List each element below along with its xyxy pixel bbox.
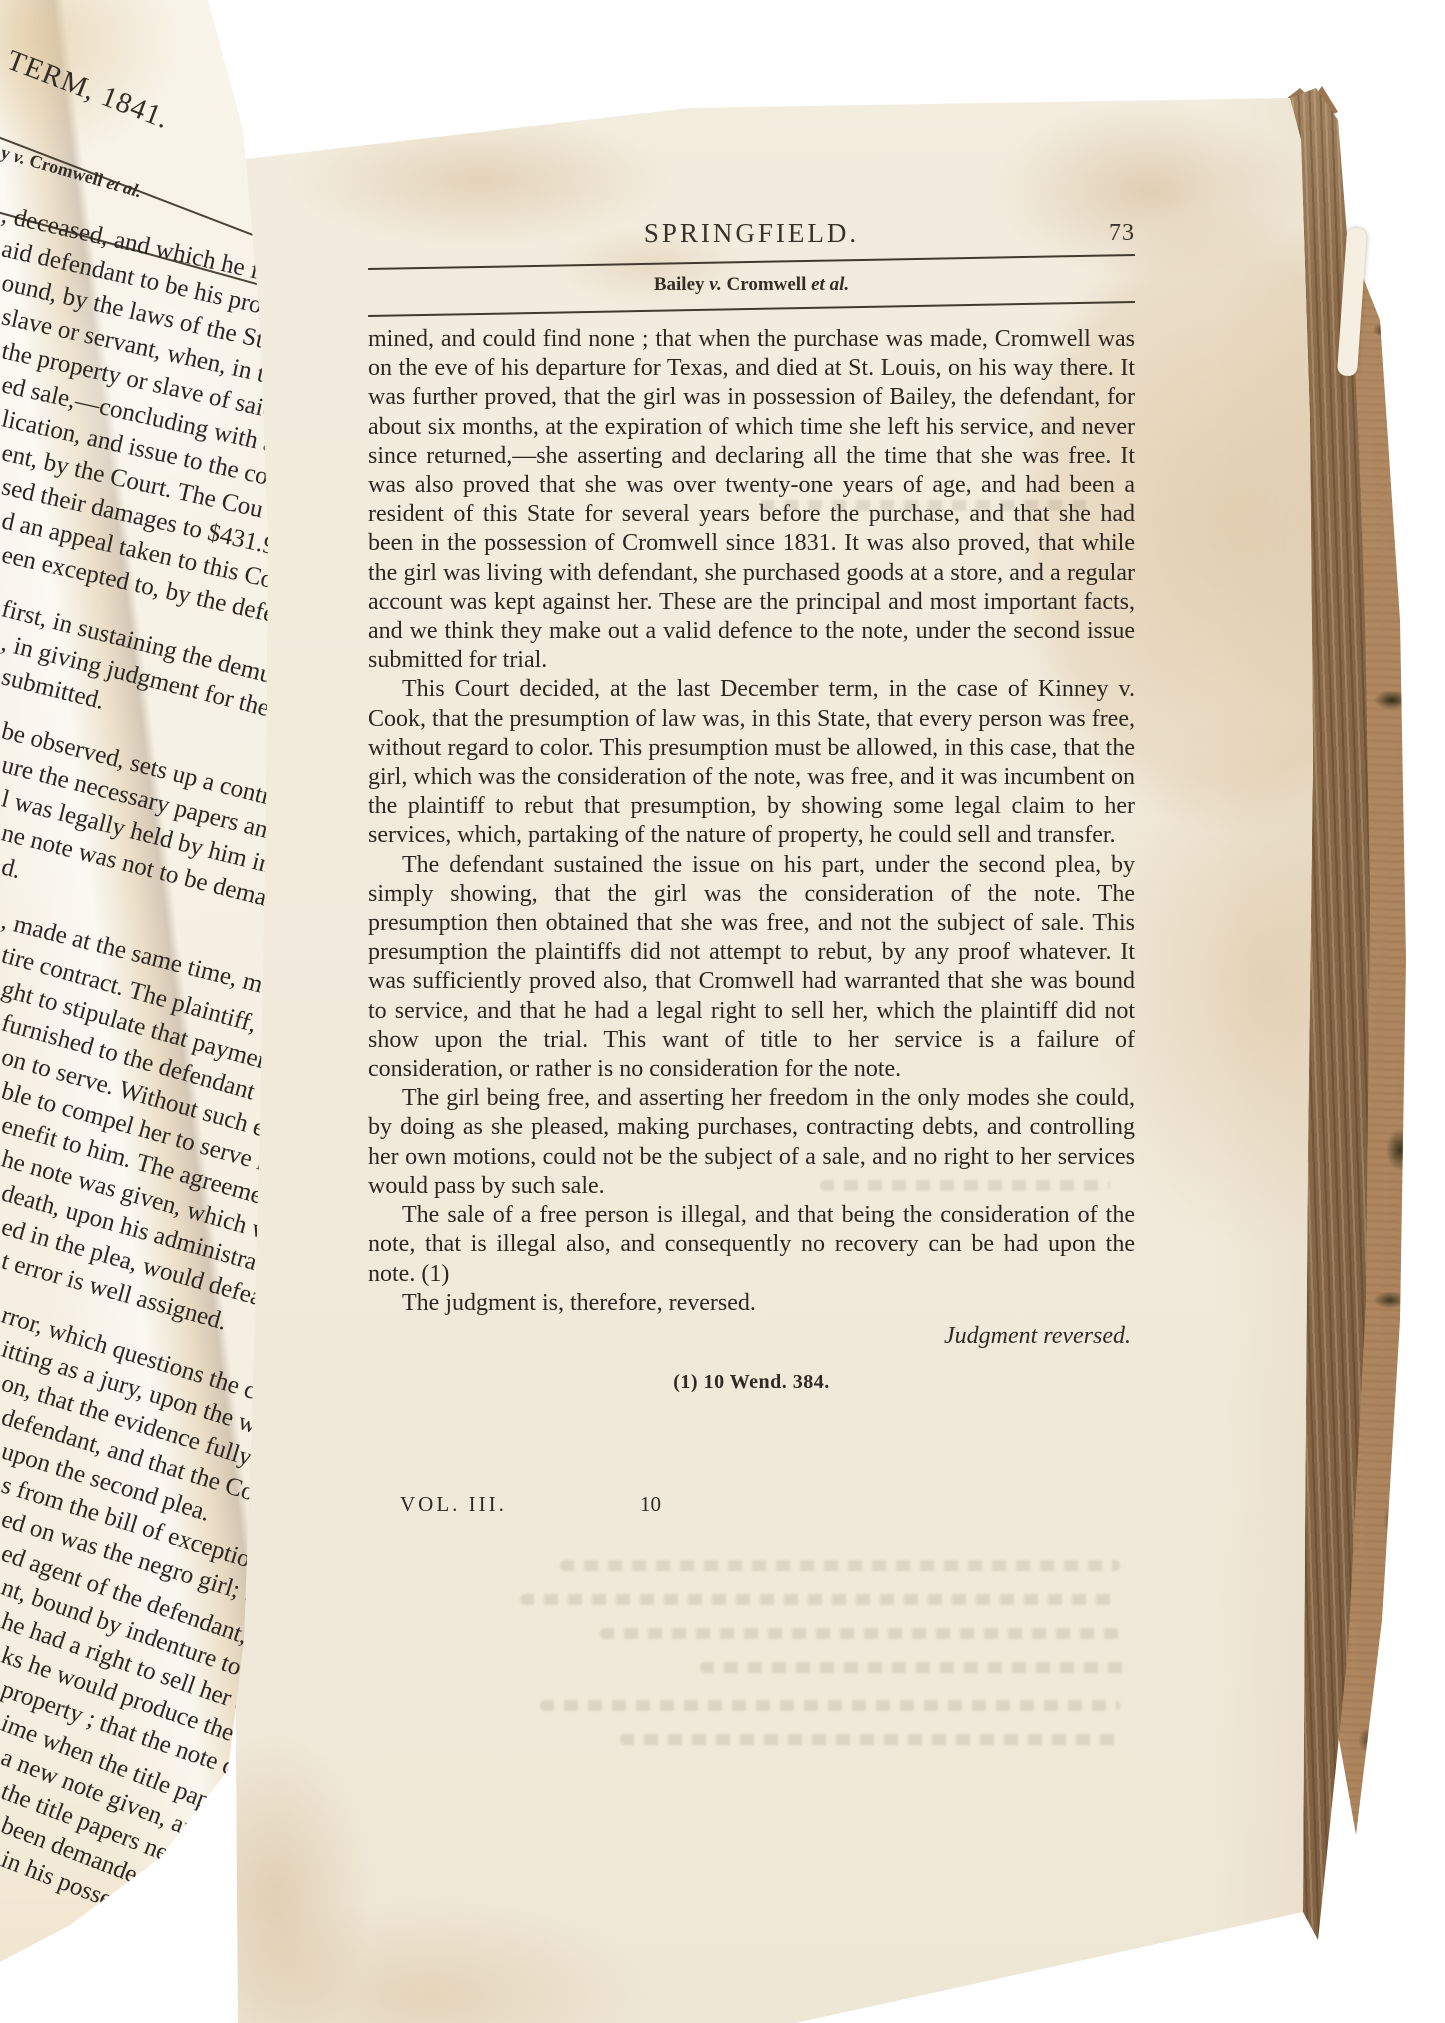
show-through-text [540, 1700, 1120, 1711]
opinion-body: mined, and could find none ; that when t… [368, 325, 1135, 1318]
show-through-text [620, 1734, 1120, 1745]
show-through-text [600, 1628, 1120, 1639]
left-case-running-head: y v. Cromwell et al. [0, 142, 144, 202]
show-through-text [520, 1594, 1120, 1605]
page-number: 73 [1109, 220, 1135, 247]
show-through-text [700, 1662, 1130, 1673]
book-photo: SPRINGFIELD. 73 Bailey v. Cromwell et al… [0, 0, 1445, 2023]
page-footer: VOL. III. 10 [368, 1492, 1135, 1522]
running-title: SPRINGFIELD. [644, 218, 859, 248]
case-running-head: Bailey v. Cromwell et al. [368, 274, 1135, 296]
body-paragraph: This Court decided, at the last December… [368, 675, 1135, 850]
left-page-header: TERM, 1841. [2, 44, 174, 136]
body-paragraph: The sale of a free person is illegal, an… [368, 1201, 1135, 1289]
versus-abbrev: v. [709, 274, 721, 295]
judgment-reversed-line: Judgment reversed. [368, 1323, 1135, 1350]
header-rule-bottom [368, 301, 1135, 317]
show-through-text [760, 500, 1090, 511]
body-paragraph: The judgment is, therefore, reversed. [368, 1289, 1135, 1318]
header-rule-top [368, 254, 1135, 270]
footnote-citation: (1) 10 Wend. 384. [368, 1371, 1135, 1394]
case-defendant: Cromwell [722, 274, 811, 295]
show-through-text [560, 1560, 1120, 1571]
case-plaintiff: Bailey [654, 274, 709, 295]
body-paragraph: The defendant sustained the issue on his… [368, 851, 1135, 1085]
case-defendant: Cromwell [23, 149, 110, 192]
signature-number: 10 [640, 1492, 661, 1517]
show-through-text [820, 1180, 1110, 1191]
volume-label: VOL. III. [400, 1492, 507, 1517]
et-al-abbrev: et al. [811, 274, 849, 295]
text-column: SPRINGFIELD. 73 Bailey v. Cromwell et al… [368, 218, 1135, 1522]
page-header: SPRINGFIELD. 73 [368, 218, 1135, 249]
